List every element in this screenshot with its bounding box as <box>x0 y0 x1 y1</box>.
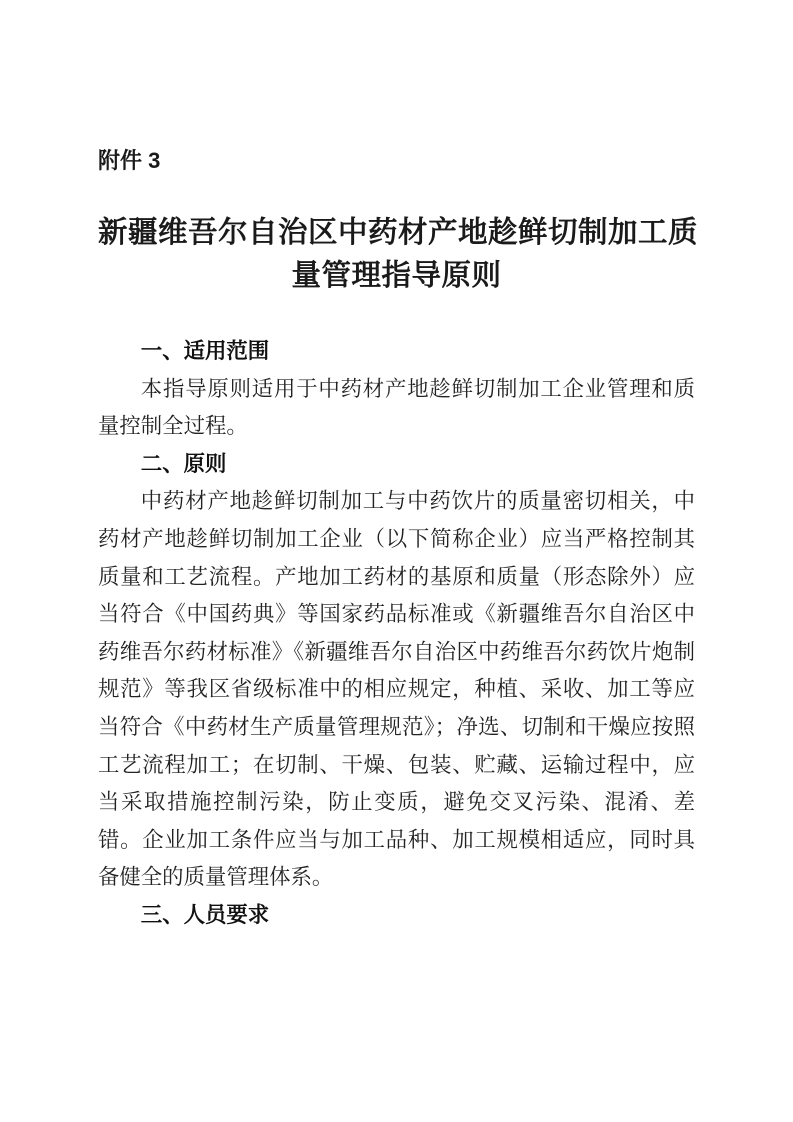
section-paragraph-principles: 中药材产地趁鲜切制加工与中药饮片的质量密切相关，中药材产地趁鲜切制加工企业（以下… <box>98 483 695 897</box>
document-title: 新疆维吾尔自治区中药材产地趁鲜切制加工质 量管理指导原则 <box>98 212 695 298</box>
document-title-line-1: 新疆维吾尔自治区中药材产地趁鲜切制加工质 <box>98 217 698 249</box>
document-page: 附件 3 新疆维吾尔自治区中药材产地趁鲜切制加工质 量管理指导原则 一、适用范围… <box>0 0 793 1122</box>
attachment-label: 附件 3 <box>98 150 695 172</box>
section-paragraph-scope: 本指导原则适用于中药材产地趁鲜切制加工企业管理和质量控制全过程。 <box>98 371 695 446</box>
section-heading-scope: 一、适用范围 <box>98 333 695 371</box>
section-heading-principles: 二、原则 <box>98 446 695 484</box>
section-heading-personnel: 三、人员要求 <box>98 897 695 935</box>
document-title-line-2: 量管理指导原则 <box>291 260 501 292</box>
document-body: 一、适用范围 本指导原则适用于中药材产地趁鲜切制加工企业管理和质量控制全过程。 … <box>98 333 695 935</box>
